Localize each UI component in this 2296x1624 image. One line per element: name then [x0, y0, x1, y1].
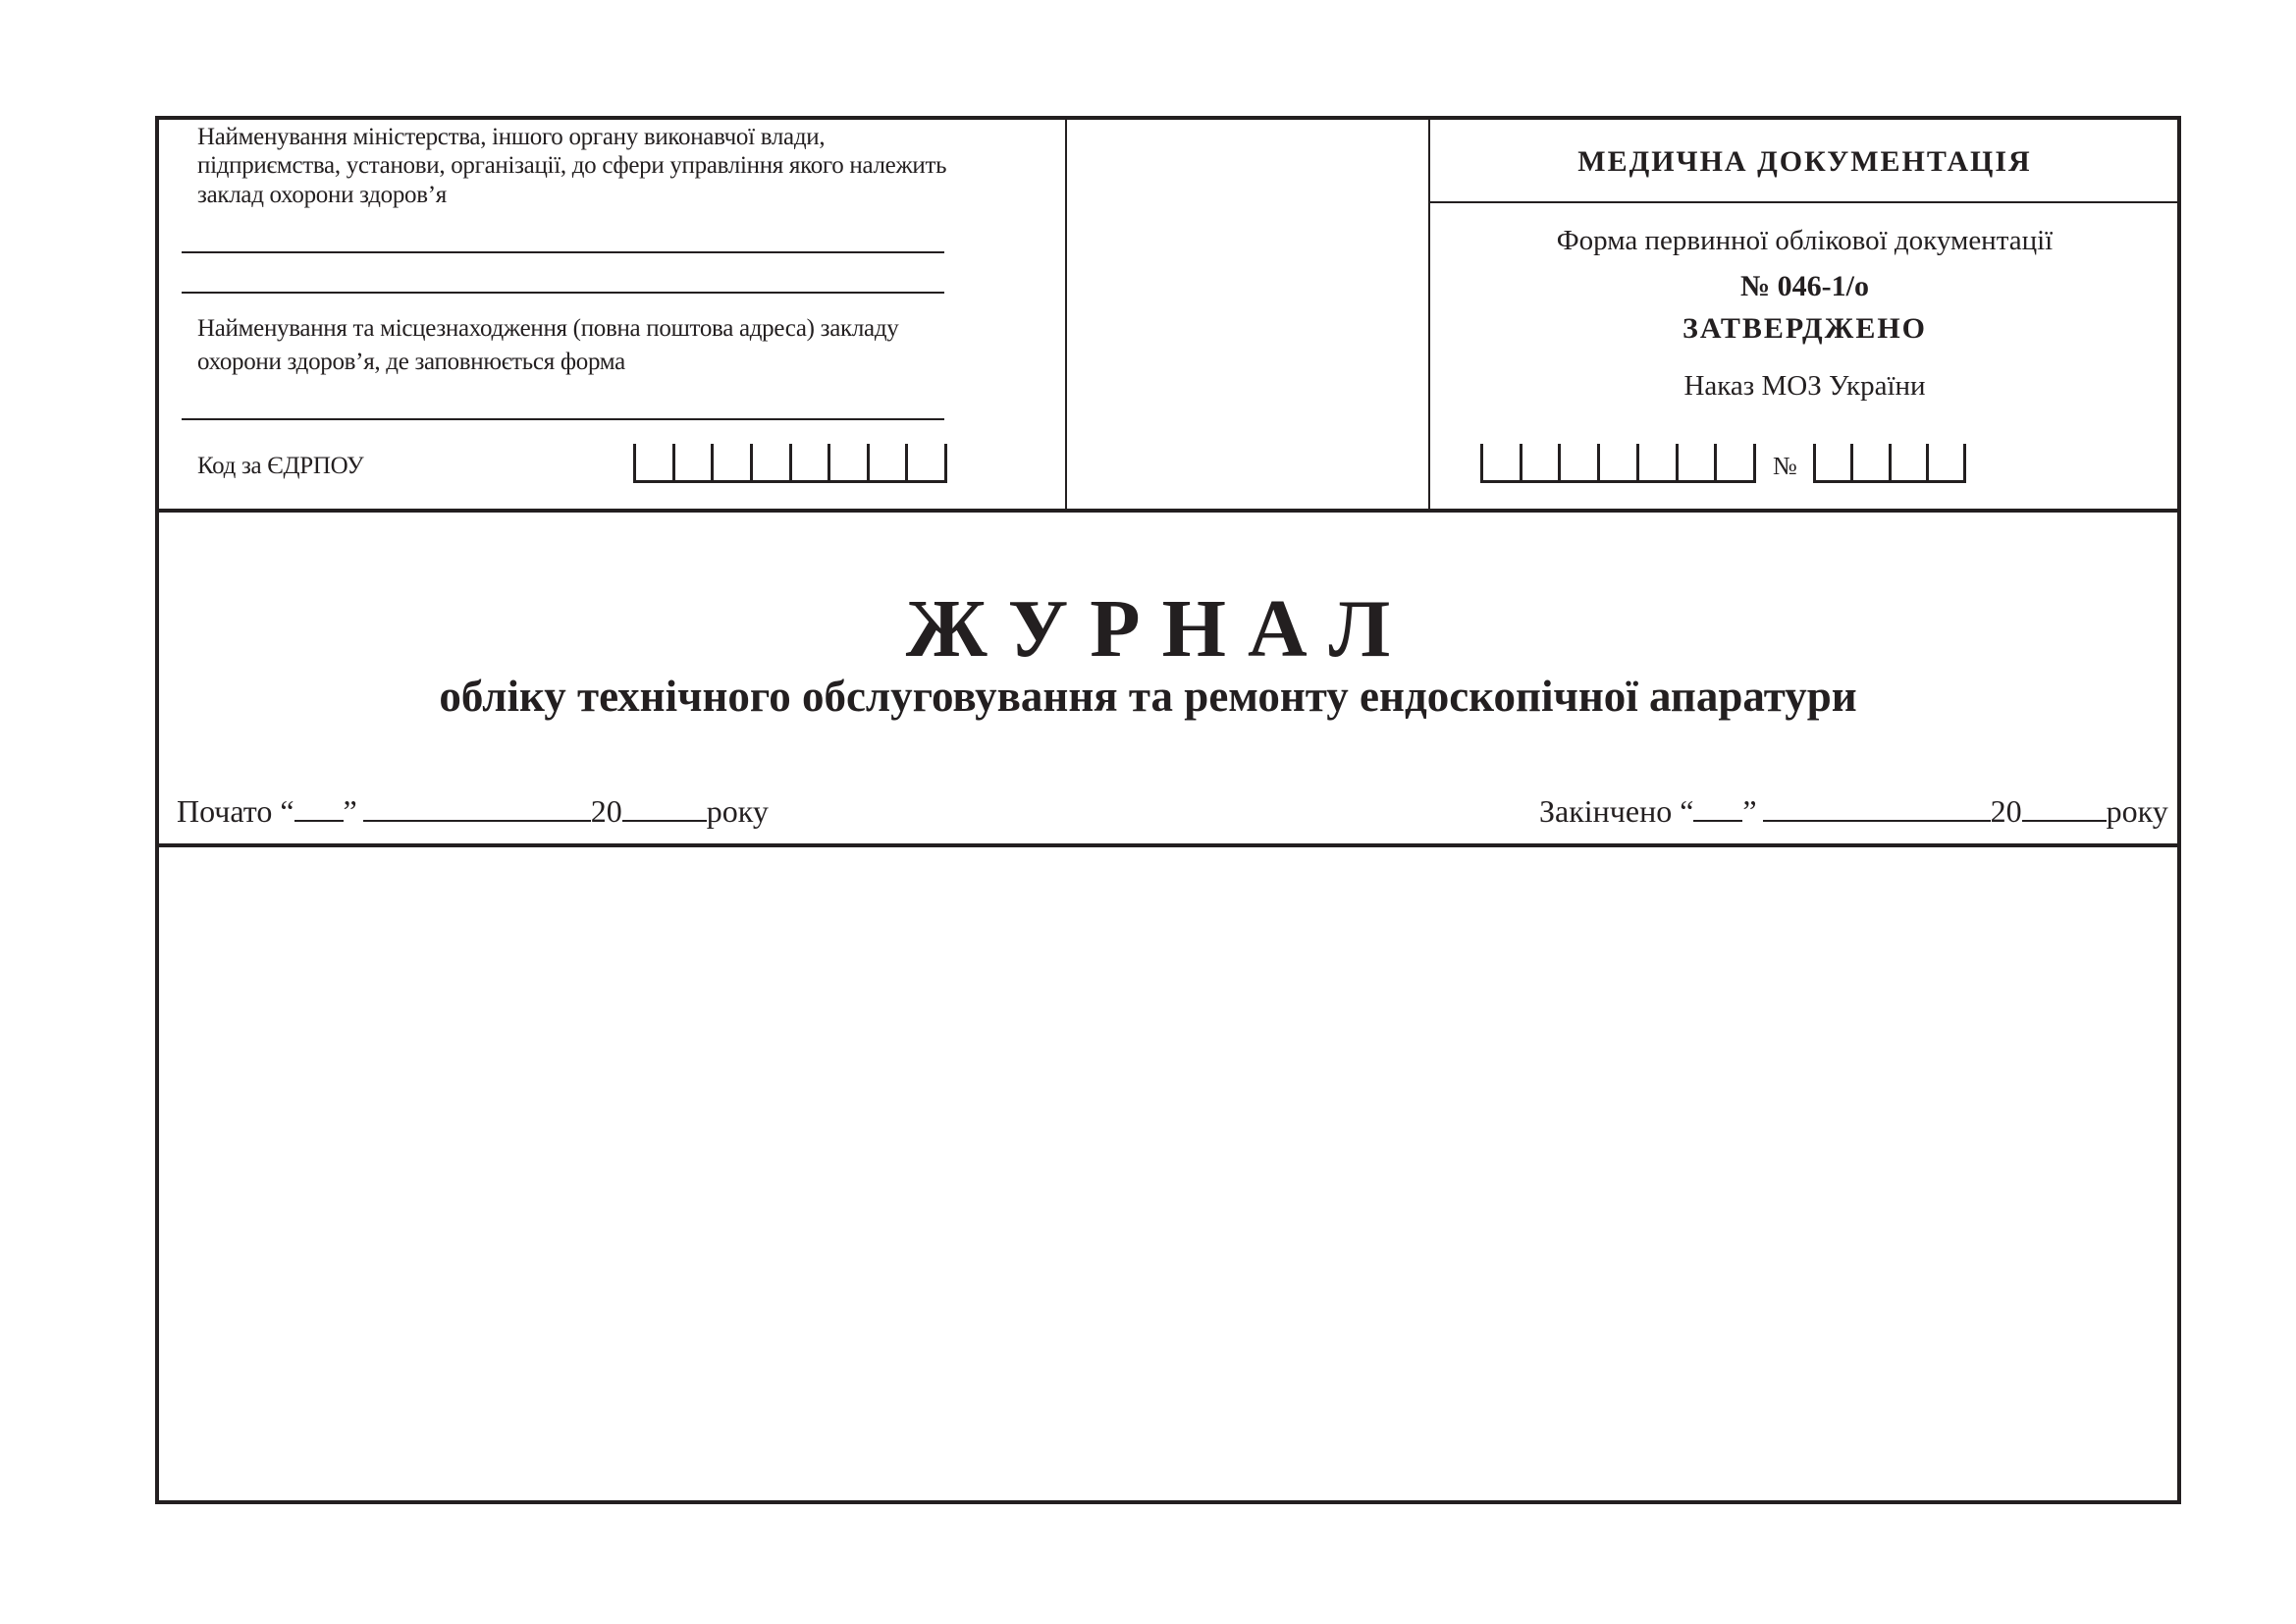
- edrpou-digit-cell[interactable]: [908, 444, 947, 480]
- edrpou-code-input[interactable]: [633, 444, 947, 483]
- edrpou-digit-cell[interactable]: [830, 444, 870, 480]
- order-number-sign: №: [1773, 454, 1797, 479]
- started-month-blank[interactable]: [363, 794, 591, 822]
- started-year-blank[interactable]: [622, 794, 707, 822]
- edrpou-digit-cell[interactable]: [675, 444, 715, 480]
- started-label: Почато: [177, 793, 272, 829]
- order-number-cell[interactable]: [1853, 444, 1891, 480]
- started-century: 20: [591, 793, 622, 829]
- ministry-label-line-3: заклад охорони здоров’я: [197, 183, 447, 207]
- finished-year-blank[interactable]: [2022, 794, 2107, 822]
- order-number-cell[interactable]: [1929, 444, 1966, 480]
- right-header-divider: [1429, 201, 2179, 203]
- journal-title: ЖУРНАЛ: [0, 581, 2296, 677]
- order-date-cell[interactable]: [1600, 444, 1639, 480]
- close-quote: ”: [1742, 793, 1756, 829]
- finished-date-field: Закінчено “”20року: [1539, 793, 2168, 830]
- order-date-cell[interactable]: [1717, 444, 1756, 480]
- approved-label: ЗАТВЕРДЖЕНО: [1430, 314, 2179, 344]
- edrpou-digit-cell[interactable]: [636, 444, 675, 480]
- edrpou-digit-cell[interactable]: [792, 444, 831, 480]
- finished-year-word: року: [2107, 793, 2168, 829]
- journal-subtitle: обліку технічного обслуговування та ремо…: [0, 671, 2296, 722]
- form-label: Форма первинної облікової документації: [1430, 227, 2179, 255]
- finished-day-blank[interactable]: [1693, 794, 1742, 822]
- order-date-input[interactable]: [1480, 444, 1756, 483]
- facility-label-line-2: охорони здоров’я, де заповнюється форма: [197, 350, 625, 374]
- finished-label: Закінчено: [1539, 793, 1672, 829]
- edrpou-digit-cell[interactable]: [870, 444, 909, 480]
- started-year-word: року: [707, 793, 769, 829]
- ministry-label-line-2: підприємства, установи, організації, до …: [197, 153, 946, 178]
- close-quote: ”: [344, 793, 357, 829]
- open-quote: “: [1680, 793, 1693, 829]
- form-number: № 046-1/о: [1430, 272, 2179, 301]
- order-label: Наказ МОЗ України: [1430, 372, 2179, 401]
- started-date-field: Почато “”20року: [177, 793, 769, 830]
- ministry-label-line-1: Найменування міністерства, іншого органу…: [197, 125, 825, 149]
- order-number-input[interactable]: [1813, 444, 1966, 483]
- header-bottom-divider: [157, 509, 2179, 513]
- finished-month-blank[interactable]: [1763, 794, 1991, 822]
- finished-century: 20: [1991, 793, 2022, 829]
- order-number-cell[interactable]: [1892, 444, 1929, 480]
- edrpou-digit-cell[interactable]: [753, 444, 792, 480]
- edrpou-digit-cell[interactable]: [714, 444, 753, 480]
- order-date-cell[interactable]: [1639, 444, 1679, 480]
- journal-body-area: [159, 847, 2177, 1500]
- order-date-cell[interactable]: [1483, 444, 1522, 480]
- ministry-fill-line-1[interactable]: [182, 251, 944, 253]
- order-date-cell[interactable]: [1561, 444, 1600, 480]
- order-date-cell[interactable]: [1679, 444, 1718, 480]
- header-divider-left: [1065, 118, 1067, 511]
- order-date-cell[interactable]: [1522, 444, 1562, 480]
- edrpou-label: Код за ЄДРПОУ: [197, 454, 363, 478]
- facility-fill-line[interactable]: [182, 418, 944, 420]
- ministry-fill-line-2[interactable]: [182, 292, 944, 294]
- facility-label-line-1: Найменування та місцезнаходження (повна …: [197, 316, 898, 341]
- open-quote: “: [280, 793, 294, 829]
- section-title: МЕДИЧНА ДОКУМЕНТАЦІЯ: [1430, 147, 2179, 177]
- order-number-cell[interactable]: [1816, 444, 1853, 480]
- started-day-blank[interactable]: [294, 794, 344, 822]
